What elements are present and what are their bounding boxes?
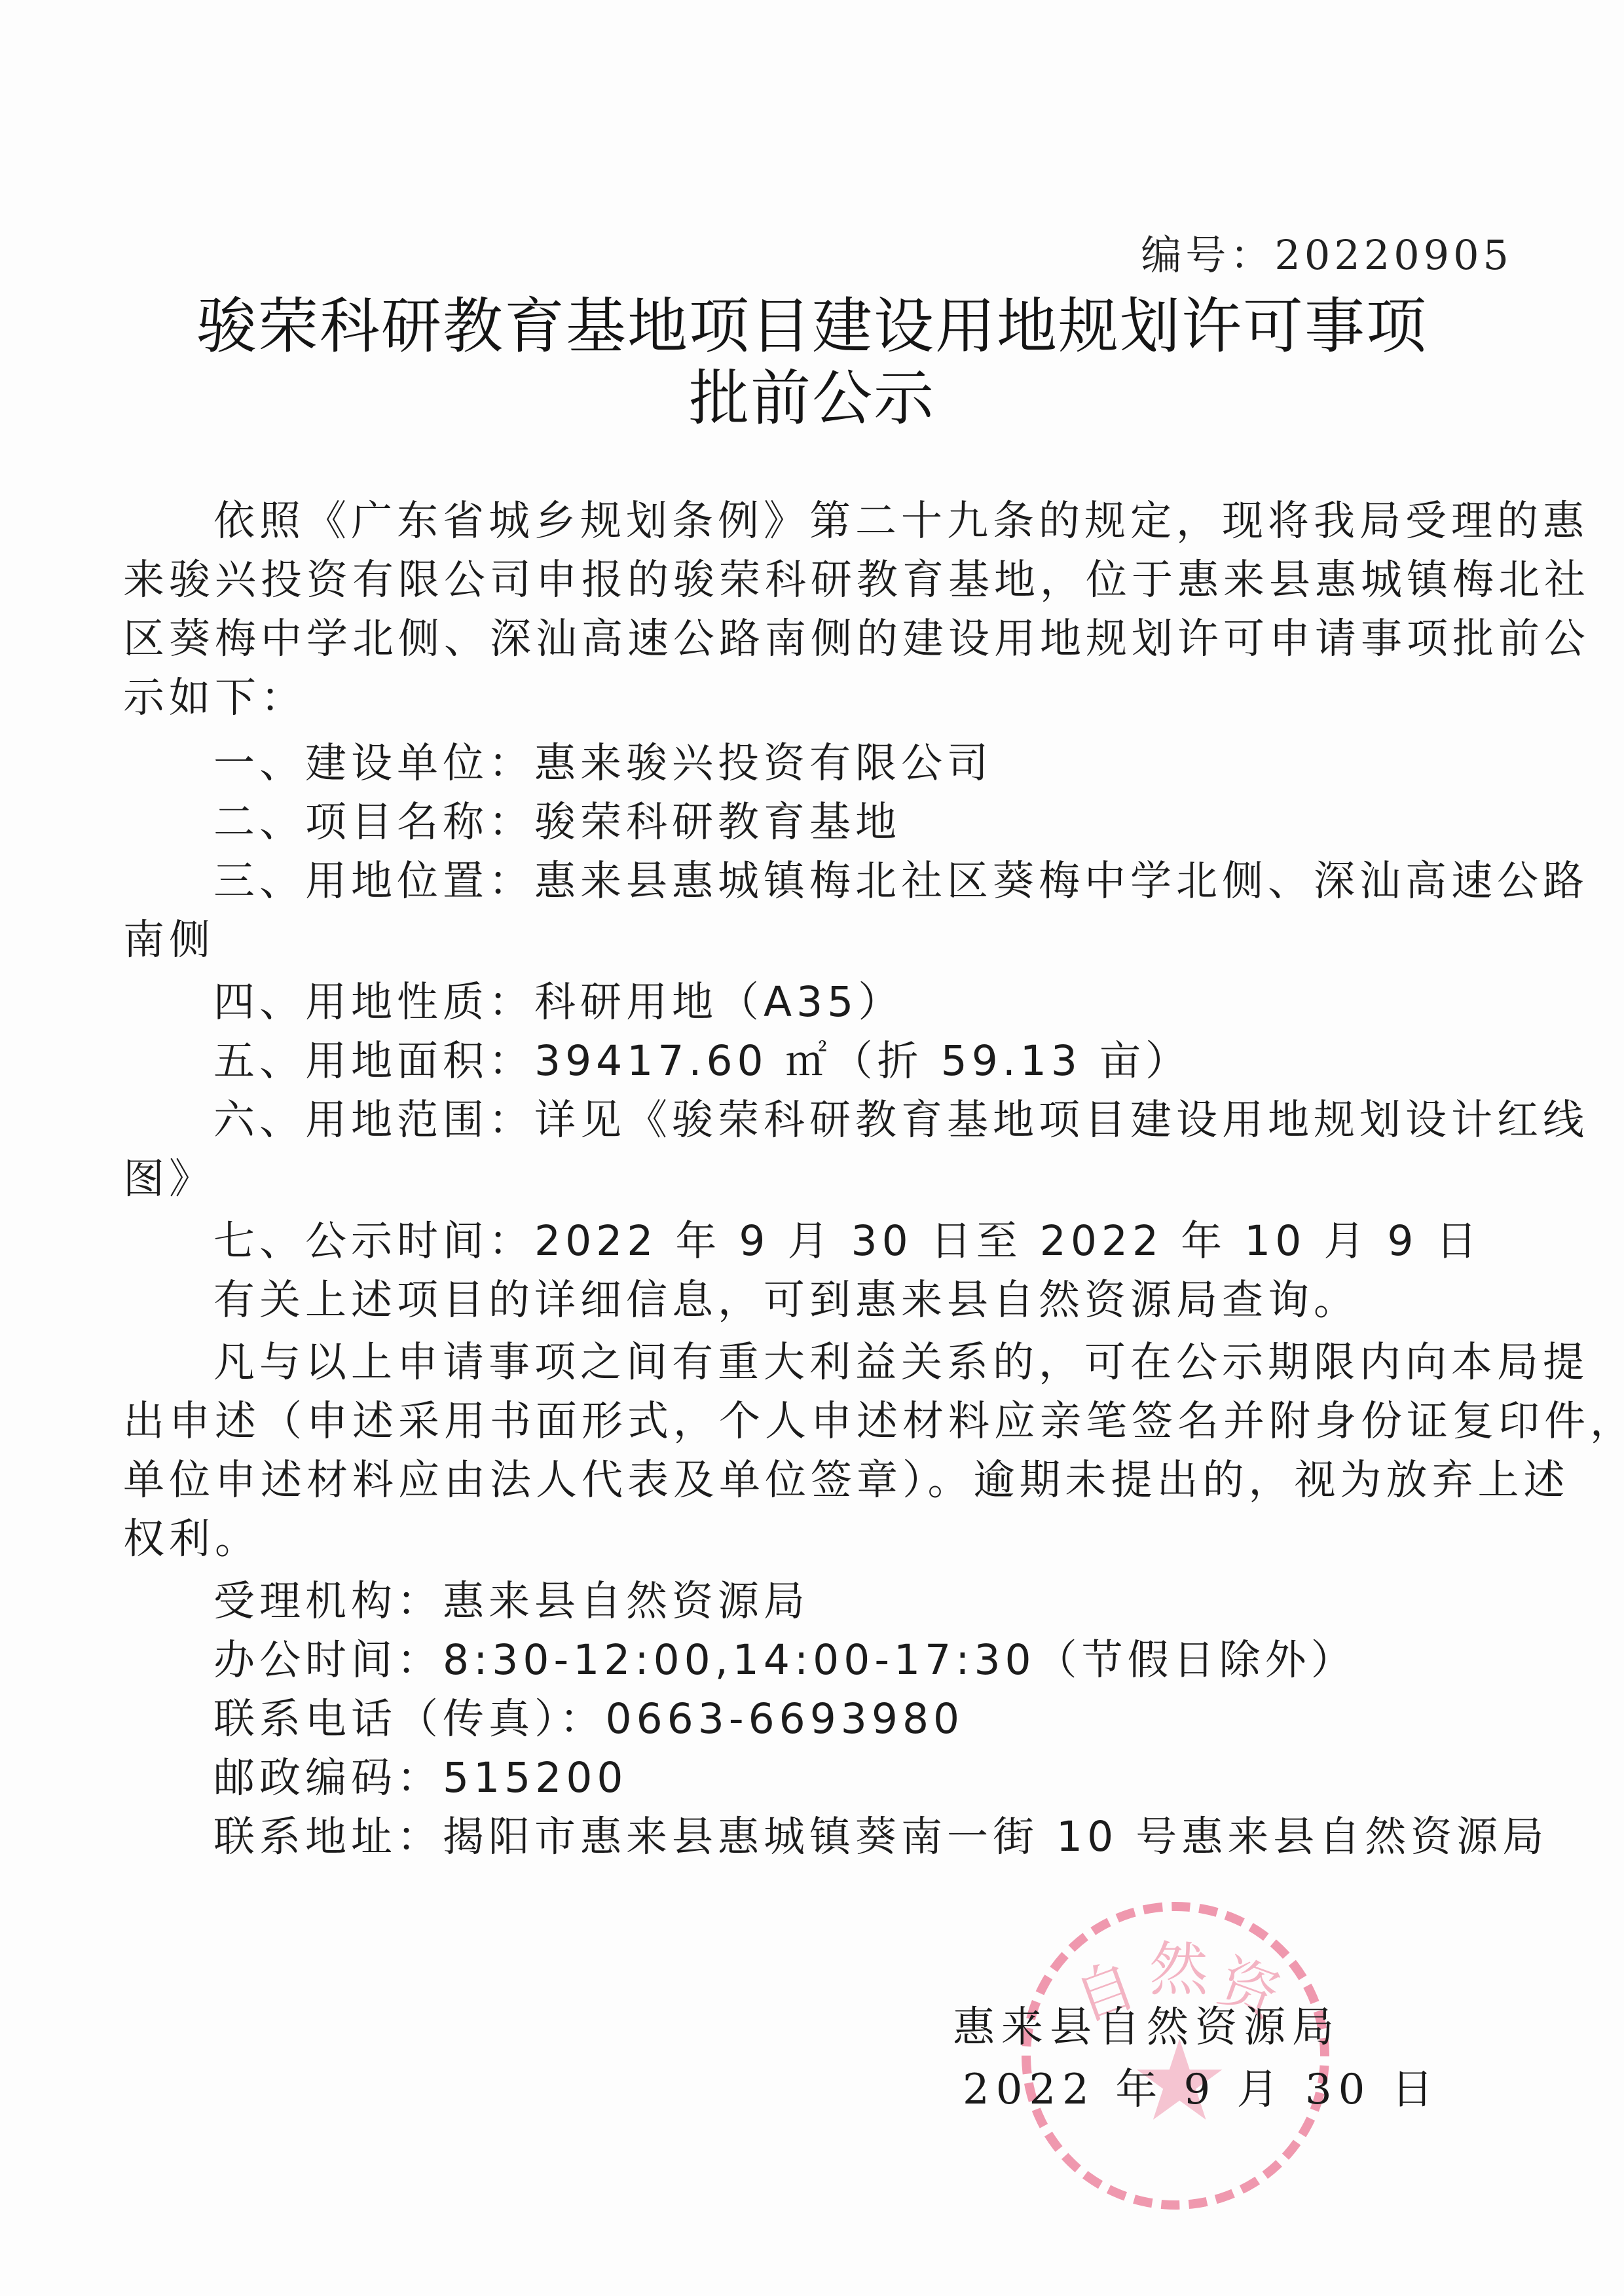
- title-line-2: 批前公示: [0, 350, 1624, 437]
- item-value: 详见《骏荣科研教育基地项目建设用地规划设计红线: [534, 1096, 1589, 1144]
- contact-address: 联系地址：揭阳市惠来县惠城镇葵南一街 10 号惠来县自然资源局: [213, 1804, 1608, 1863]
- inquiry-text: 有关上述项目的详细信息，可到惠来县自然资源局查询。: [213, 1267, 1608, 1326]
- contact-postcode: 邮政编码：515200: [213, 1745, 1608, 1804]
- item-land-scope-continued: 图》: [123, 1146, 1518, 1205]
- item-land-location-continued: 南侧: [123, 907, 1518, 966]
- contact-agency: 受理机构：惠来县自然资源局: [213, 1568, 1608, 1628]
- item-label: 三、用地位置：: [213, 857, 534, 905]
- item-land-area: 五、用地面积：39417.60 ㎡（折 59.13 亩）: [213, 1028, 1608, 1087]
- item-land-location: 三、用地位置：惠来县惠城镇梅北社区葵梅中学北侧、深汕高速公路: [213, 848, 1608, 907]
- item-land-use: 四、用地性质：科研用地（A35）: [213, 969, 1608, 1029]
- issuer-name: 惠来县自然资源局: [953, 1994, 1340, 2054]
- issue-date: 2022 年 9 月 30 日: [963, 2056, 1440, 2116]
- document-page: 编号：20220905 骏荣科研教育基地项目建设用地规划许可事项 批前公示 依照…: [0, 0, 1624, 2296]
- contact-label: 受理机构：: [213, 1577, 443, 1625]
- item-value: 科研用地（A35）: [534, 978, 904, 1026]
- contact-value: 515200: [443, 1754, 628, 1802]
- document-number-label: 编号：: [1141, 231, 1274, 279]
- contact-value: 惠来县自然资源局: [443, 1577, 809, 1625]
- intro-line: 依照《广东省城乡规划条例》第二十九条的规定，现将我局受理的惠: [213, 488, 1608, 547]
- contact-label: 办公时间：: [213, 1636, 443, 1684]
- contact-office-hours: 办公时间：8:30-12:00,14:00-17:30（节假日除外）: [213, 1627, 1608, 1686]
- item-project-name: 二、项目名称：骏荣科研教育基地: [213, 789, 1608, 848]
- item-label: 四、用地性质：: [213, 978, 534, 1026]
- objection-line: 权利。: [123, 1506, 1518, 1565]
- document-number: 编号：20220905: [1141, 223, 1513, 281]
- item-value: 骏荣科研教育基地: [534, 798, 901, 846]
- objection-line: 凡与以上申请事项之间有重大利益关系的，可在公示期限内向本局提: [213, 1329, 1608, 1389]
- objection-line: 单位申述材料应由法人代表及单位签章）。逾期未提出的，视为放弃上述: [123, 1447, 1518, 1506]
- objection-line: 出申述（申述采用书面形式，个人申述材料应亲笔签名并附身份证复印件，: [123, 1388, 1518, 1448]
- item-label: 六、用地范围：: [213, 1096, 534, 1144]
- item-label: 五、用地面积：: [213, 1037, 534, 1085]
- contact-label: 联系电话（传真）：: [213, 1695, 606, 1743]
- contact-value: 8:30-12:00,14:00-17:30（节假日除外）: [443, 1636, 1357, 1684]
- intro-line: 区葵梅中学北侧、深汕高速公路南侧的建设用地规划许可申请事项批前公: [123, 606, 1518, 665]
- intro-line: 示如下：: [123, 665, 1518, 724]
- document-number-value: 20220905: [1274, 231, 1513, 279]
- contact-label: 邮政编码：: [213, 1754, 443, 1802]
- item-value: 2022 年 9 月 30 日至 2022 年 10 月 9 日: [534, 1217, 1481, 1265]
- contact-value: 揭阳市惠来县惠城镇葵南一街 10 号惠来县自然资源局: [443, 1813, 1548, 1861]
- contact-value: 0663-6693980: [606, 1695, 965, 1743]
- item-value: 39417.60 ㎡（折 59.13 亩）: [534, 1037, 1191, 1085]
- item-construction-unit: 一、建设单位：惠来骏兴投资有限公司: [213, 730, 1608, 790]
- item-publicity-period: 七、公示时间：2022 年 9 月 30 日至 2022 年 10 月 9 日: [213, 1208, 1608, 1267]
- item-value: 惠来县惠城镇梅北社区葵梅中学北侧、深汕高速公路: [534, 857, 1589, 905]
- intro-line: 来骏兴投资有限公司申报的骏荣科研教育基地，位于惠来县惠城镇梅北社: [123, 547, 1518, 606]
- item-label: 七、公示时间：: [213, 1217, 534, 1265]
- contact-phone: 联系电话（传真）：0663-6693980: [213, 1686, 1608, 1745]
- item-label: 二、项目名称：: [213, 798, 534, 846]
- item-label: 一、建设单位：: [213, 739, 534, 787]
- item-land-scope: 六、用地范围：详见《骏荣科研教育基地项目建设用地规划设计红线: [213, 1087, 1608, 1146]
- item-value: 惠来骏兴投资有限公司: [534, 739, 993, 787]
- contact-label: 联系地址：: [213, 1813, 443, 1861]
